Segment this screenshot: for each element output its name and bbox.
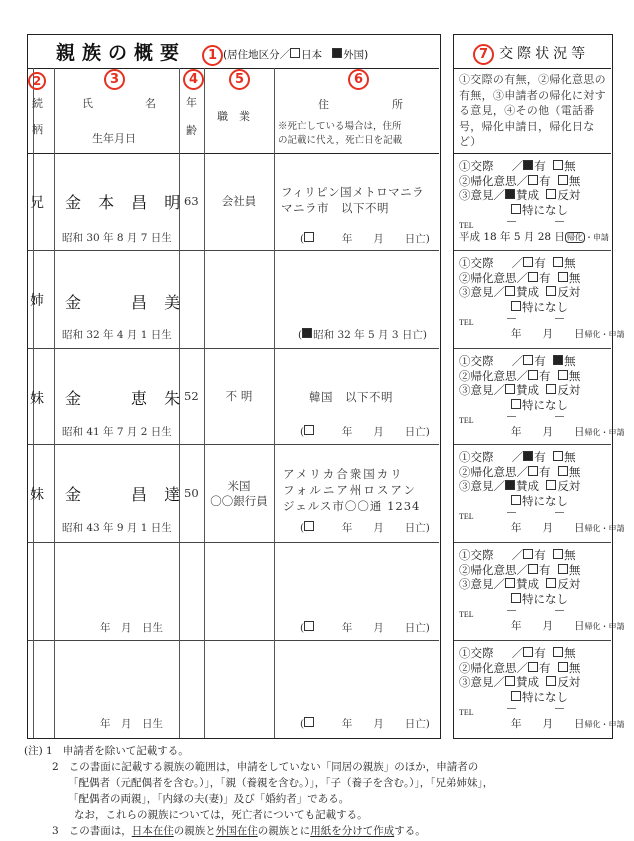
checkbox-intent-no[interactable] [558, 564, 568, 574]
yes-label: 有 [539, 563, 551, 577]
contact-line: ①交際 ／有 無 [459, 256, 611, 271]
footnote-num: 3 [52, 825, 59, 837]
intent-line: ②帰化意思／有 無 [459, 563, 611, 578]
row-occupation[interactable]: 会社員 [204, 194, 274, 209]
slash: ／ [512, 646, 524, 660]
dash: ― [507, 506, 516, 521]
no-label: 無 [564, 548, 576, 562]
no-label: 無 [569, 465, 581, 479]
no-label: 無 [564, 646, 576, 660]
date-line[interactable]: 平成 18 年 5 月 28 日帰化・申請 [459, 230, 611, 246]
checkbox-contact-yes[interactable] [523, 451, 533, 461]
residence-indicator: 1 [202, 44, 223, 66]
tel-label: TEL [459, 708, 474, 717]
row-address[interactable]: アメリカ合衆国カリ フォルニア州ロスアン ジェルス市〇〇通 1234 [283, 466, 420, 514]
slash: ／ [512, 256, 524, 270]
row-birthdate[interactable]: 年 月 日生 [100, 716, 163, 731]
intent-line: ②帰化意思／有 無 [459, 369, 611, 384]
address-line: フォルニア州ロスアン [283, 482, 420, 498]
checkbox-oppose[interactable] [546, 189, 556, 199]
dash: ― [555, 410, 564, 425]
checkbox-no-opinion[interactable] [511, 593, 521, 603]
divider [454, 444, 611, 445]
checkbox-contact-no[interactable] [553, 647, 563, 657]
shinsei-option[interactable]: 申請 [609, 622, 625, 631]
divider [54, 68, 55, 738]
contact-line: ①交際 ／有 無 [459, 450, 611, 465]
tel-line[interactable]: TEL―― [459, 412, 611, 425]
status-date: 年 月 日 [511, 718, 585, 730]
checkbox-agree[interactable] [505, 286, 515, 296]
marker-4: 4 [183, 69, 204, 90]
row-death-date: ( 年 月 日亡) [300, 520, 430, 535]
divider [454, 542, 611, 543]
agree-label: 賛成 [516, 675, 539, 689]
no-label: 無 [569, 369, 581, 383]
address-note-line1: ※死亡している場合は，住所 [278, 120, 402, 134]
yes-label: 有 [534, 450, 546, 464]
footnotes: (注) 1 申請者を除いて記載する。 2 この書面に記載する親族の範囲は，申請を… [24, 743, 624, 839]
slash: ／ [512, 159, 524, 173]
footnote-text: する。 [394, 825, 426, 837]
intent-line: ②帰化意思／有 無 [459, 174, 611, 189]
row-death-date: ( 年 月 日亡) [300, 424, 430, 439]
divider [454, 68, 611, 69]
opinion-line: ③意見／賛成 反対 [459, 383, 611, 398]
checkbox-intent-no[interactable] [558, 662, 568, 672]
death-date-text: 年 月 日亡) [342, 426, 430, 438]
checkbox-agree[interactable] [505, 676, 515, 686]
col-header-relation-bottom: 柄 [32, 121, 43, 137]
page-title-group: 親族の概要 [56, 38, 186, 65]
checkbox-oppose[interactable] [546, 578, 556, 588]
no-label: 無 [569, 174, 581, 188]
slash: ／ [512, 354, 524, 368]
divider [28, 542, 439, 543]
intent-line: ②帰化意思／有 無 [459, 465, 611, 480]
slash: ／ [517, 271, 529, 285]
status-date: 年 月 日 [511, 522, 585, 534]
address-line: フィリピン国メトロマニラ [281, 184, 424, 200]
status-date: 年 月 日 [511, 620, 585, 632]
opinion-none-line: 特になし [459, 494, 611, 509]
shinsei-option[interactable]: 申請 [609, 330, 625, 339]
checkbox-oppose[interactable] [546, 384, 556, 394]
row-name[interactable]: 金 本 昌 明 [65, 190, 186, 213]
divider [28, 348, 439, 349]
slash: ／ [517, 661, 529, 675]
footnote-underlined: 外国在住 [216, 825, 258, 837]
shinsei-option[interactable]: 申請 [593, 233, 609, 242]
kika-option[interactable]: 帰化 [585, 622, 601, 631]
slash: ／ [494, 675, 506, 689]
opinion-line: ③意見／賛成 反対 [459, 675, 611, 690]
death-date-text: 年 月 日亡) [342, 233, 430, 245]
intent-label: ②帰化意思 [459, 661, 517, 675]
row-death-date: ( 年 月 日亡) [300, 620, 430, 635]
divider [28, 640, 439, 641]
row-age[interactable]: 52 [184, 389, 199, 403]
footnote-text: 「配偶者（元配偶者を含む。）」，「親（養親を含む。）」，「子（養子を含む。）」，… [24, 775, 624, 791]
checkbox-intent-yes[interactable] [528, 370, 538, 380]
row-birthdate[interactable]: 昭和 43 年 9 月 1 日生 [62, 520, 172, 535]
tel-line[interactable]: TEL―― [459, 606, 611, 619]
opinion-none-line: 特になし [459, 398, 611, 413]
agree-label: 賛成 [516, 285, 539, 299]
slash: ／ [512, 450, 524, 464]
dash: ― [555, 506, 564, 521]
col-header-age-top: 年 [186, 94, 197, 110]
opinion-line: ③意見／賛成 反対 [459, 285, 611, 300]
marker-2: 2 [28, 72, 46, 90]
contact-label: ①交際 [459, 159, 494, 173]
marker-5: 5 [229, 69, 250, 90]
yes-label: 有 [539, 661, 551, 675]
yes-label: 有 [539, 369, 551, 383]
contact-label: ①交際 [459, 646, 494, 660]
status-date: 年 月 日 [511, 328, 585, 340]
opinion-line: ③意見／賛成 反対 [459, 577, 611, 592]
oppose-label: 反対 [557, 675, 580, 689]
col-header-occupation-num: 5 [229, 68, 250, 90]
tel-label: TEL [459, 610, 474, 619]
contact-line: ①交際 ／有 無 [459, 159, 611, 174]
checkbox-deceased[interactable] [304, 232, 314, 242]
oppose-label: 反対 [557, 383, 580, 397]
slash: ／ [494, 577, 506, 591]
checkbox-agree[interactable] [505, 480, 515, 490]
occupation-line: 米国 [204, 479, 274, 494]
checkbox-deceased[interactable] [304, 717, 314, 727]
checkbox-contact-yes[interactable] [523, 160, 533, 170]
kika-option[interactable]: 帰化 [585, 720, 601, 729]
divider [274, 68, 275, 738]
tel-label: TEL [459, 416, 474, 425]
agree-label: 賛成 [516, 479, 539, 493]
tel-line[interactable]: TEL―― [459, 217, 611, 230]
checkbox-no-opinion[interactable] [511, 399, 521, 409]
divider [454, 153, 611, 154]
opinion-none-line: 特になし [459, 300, 611, 315]
checkbox-contact-yes[interactable] [523, 257, 533, 267]
checkbox-oppose[interactable] [546, 676, 556, 686]
col-header-age-bottom: 齢 [186, 122, 197, 138]
slash: ／ [494, 188, 506, 202]
status-block: ①交際 ／有 無 ②帰化意思／有 無 ③意見／賛成 反対 特になし TEL―― … [459, 159, 611, 246]
shinsei-option[interactable]: 申請 [609, 524, 625, 533]
col-header-relation-top: 続 [32, 95, 43, 111]
yes-label: 有 [534, 548, 546, 562]
tel-label: TEL [459, 512, 474, 521]
divider [28, 250, 439, 251]
checkbox-no-opinion[interactable] [511, 495, 521, 505]
marker-3: 3 [104, 69, 125, 90]
row-address[interactable]: 韓国 以下不明 [309, 389, 393, 405]
oppose-label: 反対 [557, 188, 580, 202]
dot: ・ [601, 622, 609, 631]
no-label: 無 [564, 354, 576, 368]
checkbox-foreign[interactable] [332, 48, 342, 58]
slash: ／ [494, 285, 506, 299]
row-death-date: ( 年 月 日亡) [300, 231, 430, 246]
checkbox-no-opinion[interactable] [511, 301, 521, 311]
checkbox-contact-no[interactable] [553, 355, 563, 365]
checkbox-intent-yes[interactable] [528, 662, 538, 672]
date-line[interactable]: 年 月 日帰化・申請 [459, 619, 611, 635]
checkbox-intent-no[interactable] [558, 370, 568, 380]
footnote-3: 3 この書面は，日本在住の親族と外国在住の親族とに用紙を分けて作成する。 [24, 823, 624, 839]
col-header-relation-num: 2 [28, 70, 46, 90]
opinion-line: ③意見／賛成 反対 [459, 188, 611, 203]
footnote-text: 「配偶者の両親」，「内縁の夫(妻)」及び「婚約者」である。 [24, 791, 624, 807]
slash: ／ [517, 563, 529, 577]
row-occupation[interactable]: 米国 〇〇銀行員 [204, 479, 274, 509]
tel-label: TEL [459, 318, 474, 327]
contact-line: ①交際 ／有 無 [459, 646, 611, 661]
checkbox-intent-yes[interactable] [528, 272, 538, 282]
intent-label: ②帰化意思 [459, 369, 517, 383]
yes-label: 有 [539, 465, 551, 479]
shinsei-option[interactable]: 申請 [609, 428, 625, 437]
no-label: 無 [564, 256, 576, 270]
row-relation: 妹 [30, 388, 44, 408]
row-death-date: ( 年 月 日亡) [300, 716, 430, 731]
no-label: 無 [569, 661, 581, 675]
yes-label: 有 [539, 271, 551, 285]
divider [28, 444, 439, 445]
shinsei-option[interactable]: 申請 [609, 720, 625, 729]
occupation-line: 〇〇銀行員 [204, 494, 274, 509]
footnote-2: 2 この書面に記載する親族の範囲は，申請をしていない「同居の親族」のほか，申請者… [24, 759, 624, 775]
kika-option[interactable]: 帰化 [585, 330, 601, 339]
checkbox-intent-no[interactable] [558, 272, 568, 282]
occupation-line: 不 明 [204, 389, 274, 404]
checkbox-deceased[interactable] [304, 621, 314, 631]
checkbox-oppose[interactable] [546, 286, 556, 296]
yes-label: 有 [539, 174, 551, 188]
date-line[interactable]: 年 月 日帰化・申請 [459, 327, 611, 343]
row-name[interactable]: 金 昌 達 [65, 482, 186, 505]
dot: ・ [601, 330, 609, 339]
footnote-prefix: (注) [24, 745, 43, 757]
footnote-text: の親族とに [258, 825, 311, 837]
dash: ― [555, 604, 564, 619]
agree-label: 賛成 [516, 577, 539, 591]
checkbox-oppose[interactable] [546, 480, 556, 490]
address-note-line2: の記載に代え，死亡日を記載 [278, 134, 402, 148]
col-header-name-left: 氏 [82, 95, 93, 111]
tel-line[interactable]: TEL―― [459, 314, 611, 327]
status-block: ①交際 ／有 無 ②帰化意思／有 無 ③意見／賛成 反対 特になし TEL―― … [459, 646, 611, 733]
col-header-address-num: 6 [348, 68, 369, 90]
dash: ― [555, 312, 564, 327]
option-japan-label: 日本 [301, 49, 322, 61]
address-line: ジェルス市〇〇通 1234 [283, 498, 420, 514]
slash: ／ [517, 369, 529, 383]
kika-option[interactable]: 帰化 [565, 232, 585, 243]
row-death-date: (昭和 32 年 5 月 3 日亡) [298, 327, 427, 342]
contact-label: ①交際 [459, 548, 494, 562]
yes-label: 有 [534, 256, 546, 270]
row-name[interactable]: 金 恵 朱 [65, 386, 186, 409]
row-name[interactable]: 金 昌 美 [65, 290, 186, 313]
row-relation: 妹 [30, 484, 44, 504]
kika-option[interactable]: 帰化 [585, 428, 601, 437]
row-birthdate[interactable]: 昭和 32 年 4 月 1 日生 [62, 327, 172, 342]
address-line: アメリカ合衆国カリ [283, 466, 420, 482]
right-title-group: 7 交際状況等 [473, 43, 589, 65]
footnote-1: (注) 1 申請者を除いて記載する。 [24, 743, 624, 759]
checkbox-agree[interactable] [505, 578, 515, 588]
checkbox-intent-yes[interactable] [528, 175, 538, 185]
checkbox-no-opinion[interactable] [511, 204, 521, 214]
checkbox-contact-no[interactable] [553, 257, 563, 267]
opinion-none-line: 特になし [459, 203, 611, 218]
dash: ― [507, 410, 516, 425]
checkbox-contact-no[interactable] [553, 549, 563, 559]
opinion-label: ③意見 [459, 188, 494, 202]
opinion-label: ③意見 [459, 479, 494, 493]
status-block: ①交際 ／有 無 ②帰化意思／有 無 ③意見／賛成 反対 特になし TEL―― … [459, 450, 611, 537]
no-label: 無 [569, 563, 581, 577]
checkbox-deceased[interactable] [302, 328, 312, 338]
right-title: 交際状況等 [499, 46, 589, 62]
status-block: ①交際 ／有 無 ②帰化意思／有 無 ③意見／賛成 反対 特になし TEL―― … [459, 256, 611, 343]
oppose-label: 反対 [557, 479, 580, 493]
slash: ／ [512, 548, 524, 562]
death-date-text: 昭和 32 年 5 月 3 日亡) [313, 329, 427, 341]
kika-option[interactable]: 帰化 [585, 524, 601, 533]
row-relation: 姉 [30, 290, 44, 310]
marker-6: 6 [348, 69, 369, 90]
death-date-text: 年 月 日亡) [342, 622, 430, 634]
dash: ― [555, 702, 564, 717]
footnote-text: 申請者を除いて記載する。 [63, 745, 189, 757]
contact-line: ①交際 ／有 無 [459, 548, 611, 563]
date-line[interactable]: 年 月 日帰化・申請 [459, 425, 611, 441]
row-age[interactable]: 63 [184, 194, 199, 208]
checkbox-agree[interactable] [505, 384, 515, 394]
intent-line: ②帰化意思／有 無 [459, 271, 611, 286]
col-header-address-left: 住 [318, 96, 329, 112]
dot: ・ [601, 428, 609, 437]
intent-label: ②帰化意思 [459, 174, 517, 188]
footnote-text: この書面に記載する親族の範囲は，申請をしていない「同居の親族」のほか，申請者の [69, 761, 479, 773]
agree-label: 賛成 [516, 383, 539, 397]
residence-label: (居住地区分／ [223, 49, 290, 61]
marker-7: 7 [473, 44, 494, 65]
slash: ／ [517, 465, 529, 479]
checkbox-intent-yes[interactable] [528, 564, 538, 574]
opinion-label: ③意見 [459, 577, 494, 591]
dash: ― [507, 312, 516, 327]
checkbox-contact-yes[interactable] [523, 355, 533, 365]
status-date: 平成 18 年 5 月 28 日 [459, 231, 565, 243]
death-date-text: 年 月 日亡) [342, 718, 430, 730]
checkbox-contact-yes[interactable] [523, 549, 533, 559]
checkbox-japan[interactable] [290, 48, 300, 58]
footnote-text: なお，これらの親族については，死亡者についても記載する。 [24, 807, 624, 823]
footnote-text: の親族と [174, 825, 216, 837]
contact-line: ①交際 ／有 無 [459, 354, 611, 369]
checkbox-contact-no[interactable] [553, 160, 563, 170]
dot: ・ [601, 720, 609, 729]
checkbox-no-opinion[interactable] [511, 691, 521, 701]
no-label: 無 [564, 450, 576, 464]
date-line[interactable]: 年 月 日帰化・申請 [459, 717, 611, 733]
checkbox-deceased[interactable] [304, 425, 314, 435]
date-line[interactable]: 年 月 日帰化・申請 [459, 521, 611, 537]
no-label: 無 [564, 159, 576, 173]
checkbox-intent-no[interactable] [558, 175, 568, 185]
tel-line[interactable]: TEL―― [459, 704, 611, 717]
contact-label: ①交際 [459, 256, 494, 270]
dash: ― [555, 215, 564, 230]
contact-label: ①交際 [459, 354, 494, 368]
row-birthdate[interactable]: 昭和 41 年 7 月 2 日生 [62, 424, 172, 439]
checkbox-contact-yes[interactable] [523, 647, 533, 657]
page-title: 親族の概要 [56, 42, 186, 64]
intent-label: ②帰化意思 [459, 465, 517, 479]
checkbox-deceased[interactable] [304, 521, 314, 531]
status-block: ①交際 ／有 無 ②帰化意思／有 無 ③意見／賛成 反対 特になし TEL―― … [459, 354, 611, 441]
col-header-name-right: 名 [145, 95, 156, 111]
residence-selector: (居住地区分／日本 外国) [223, 47, 368, 62]
footnote-underlined: 日本在住 [132, 825, 174, 837]
agree-label: 賛成 [516, 188, 539, 202]
row-age[interactable]: 50 [184, 486, 199, 500]
dash: ― [507, 215, 516, 230]
dot: ・ [601, 524, 609, 533]
checkbox-agree[interactable] [505, 189, 515, 199]
opinion-line: ③意見／賛成 反対 [459, 479, 611, 494]
checkbox-intent-no[interactable] [558, 466, 568, 476]
opinion-label: ③意見 [459, 383, 494, 397]
checkbox-contact-no[interactable] [553, 451, 563, 461]
row-occupation[interactable]: 不 明 [204, 389, 274, 404]
option-foreign-label: 外国) [343, 49, 368, 61]
death-date-text: 年 月 日亡) [342, 522, 430, 534]
tel-line[interactable]: TEL―― [459, 508, 611, 521]
status-block: ①交際 ／有 無 ②帰化意思／有 無 ③意見／賛成 反対 特になし TEL―― … [459, 548, 611, 635]
row-address[interactable]: フィリピン国メトロマニラ マニラ市 以下不明 [281, 184, 424, 216]
divider [28, 153, 439, 154]
address-line: マニラ市 以下不明 [281, 200, 424, 216]
divider [454, 640, 611, 641]
opinion-none-line: 特になし [459, 690, 611, 705]
address-line: 韓国 以下不明 [309, 389, 393, 405]
divider [454, 250, 611, 251]
intent-line: ②帰化意思／有 無 [459, 661, 611, 676]
status-date: 年 月 日 [511, 426, 585, 438]
dash: ― [507, 604, 516, 619]
yes-label: 有 [534, 646, 546, 660]
row-birthdate[interactable]: 年 月 日生 [100, 620, 163, 635]
opinion-label: ③意見 [459, 675, 494, 689]
col-header-birthdate: 生年月日 [92, 130, 136, 146]
checkbox-intent-yes[interactable] [528, 466, 538, 476]
opinion-none-line: 特になし [459, 592, 611, 607]
col-header-occupation: 職 業 [217, 108, 250, 124]
contact-label: ①交際 [459, 450, 494, 464]
col-header-address-right: 所 [392, 96, 403, 112]
row-birthdate[interactable]: 昭和 30 年 8 月 7 日生 [62, 230, 172, 245]
oppose-label: 反対 [557, 285, 580, 299]
marker-1: 1 [202, 45, 223, 66]
divider [454, 348, 611, 349]
slash: ／ [494, 383, 506, 397]
right-header-note: ①交際の有無，②帰化意思の有無，③申請者の帰化に対する意見，④その他（電話番号，… [459, 72, 609, 150]
